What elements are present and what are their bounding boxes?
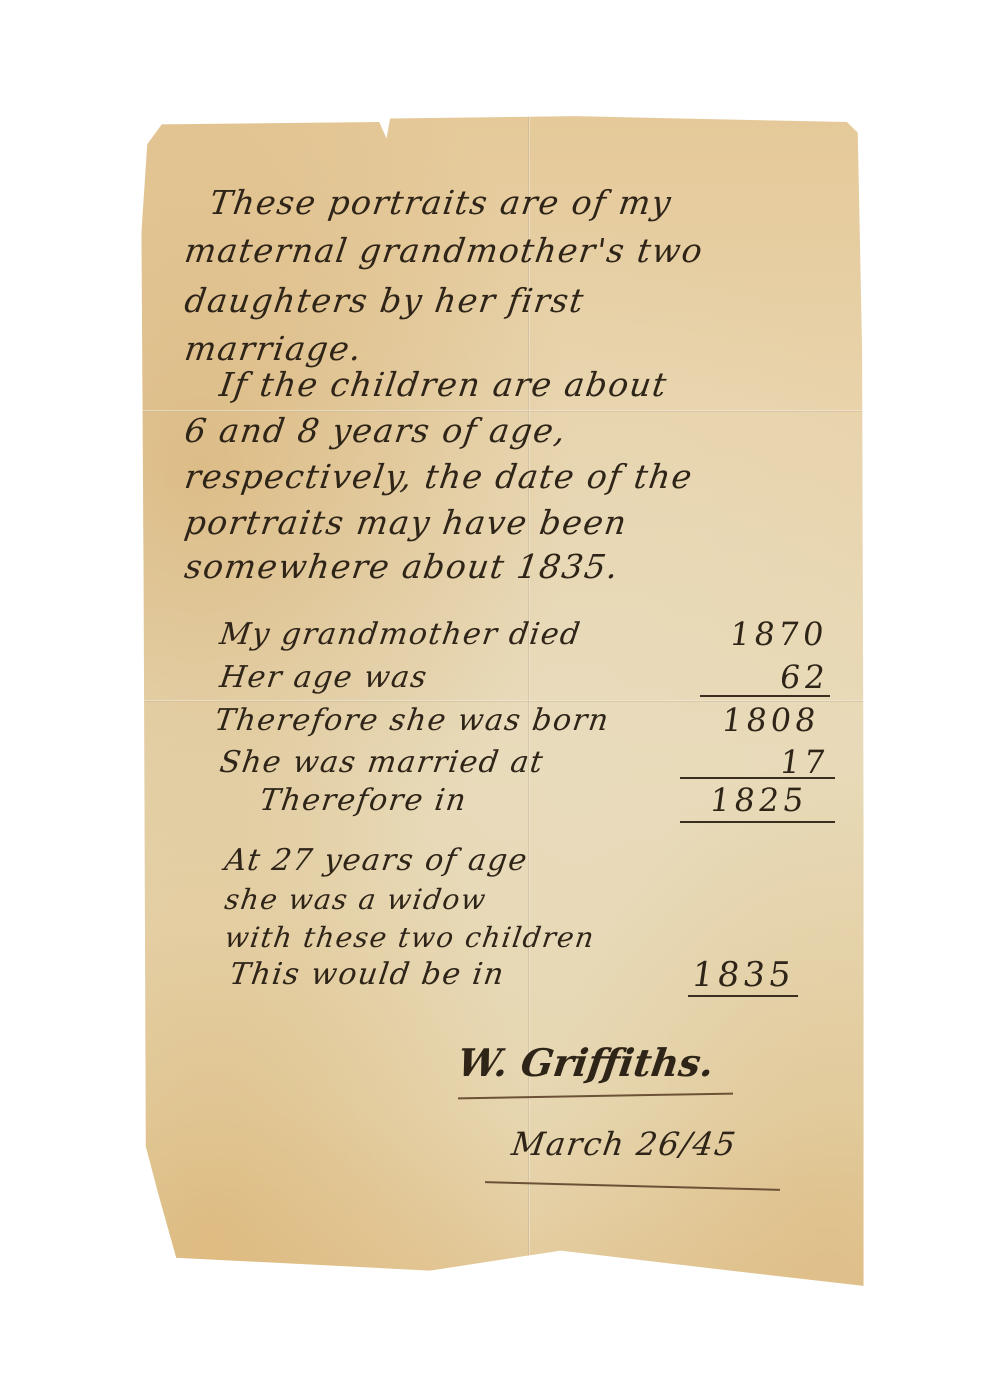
calc-label: Her age was — [218, 660, 431, 695]
calc-label: Therefore she was born — [213, 703, 612, 738]
calc-value: 62 — [777, 658, 831, 696]
calc-value: 1870 — [727, 615, 830, 653]
text-line: she was a widow — [223, 883, 489, 916]
sum-rule — [680, 777, 835, 779]
text-line: At 27 years of age — [223, 843, 531, 878]
text-line: with these two children — [223, 921, 597, 954]
sum-rule — [700, 695, 830, 697]
calc-label: Therefore in — [258, 783, 470, 818]
signature-underline — [458, 1093, 733, 1099]
calc-label: She was married at — [218, 745, 547, 780]
text-line: respectively, the date of the — [182, 457, 695, 496]
text-line: portraits may have been — [182, 503, 630, 542]
text-line: These portraits are of my — [207, 183, 674, 222]
text-line: maternal grandmother's two — [182, 231, 706, 270]
text-line: daughters by her first — [182, 281, 587, 320]
calc-label: My grandmother died — [218, 617, 584, 652]
text-line: 6 and 8 years of age, — [182, 411, 569, 450]
text-line: If the children are about — [217, 365, 670, 404]
text-line: marriage. — [182, 329, 365, 368]
conclusion-year: 1835 — [689, 955, 797, 995]
date: March 26/45 — [509, 1125, 739, 1163]
sum-rule — [680, 821, 835, 823]
conclusion-underline — [688, 995, 798, 997]
signature: W. Griffiths. — [455, 1040, 717, 1085]
calc-value: 1825 — [707, 781, 810, 819]
calc-value: 1808 — [719, 701, 822, 739]
text-line: somewhere about 1835. — [182, 547, 622, 586]
letter-paper: These portraits are of my maternal grand… — [140, 115, 865, 1287]
text-line: This would be in — [228, 957, 508, 992]
calc-value: 17 — [777, 743, 831, 781]
